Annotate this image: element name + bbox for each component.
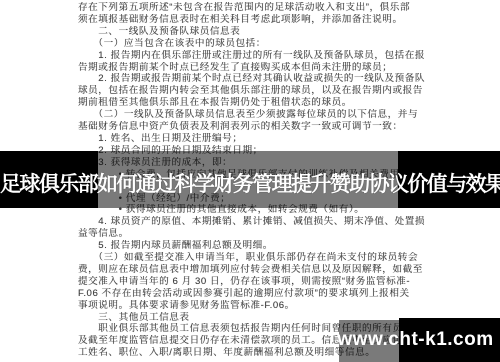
doc-line: 1. 报告期内在俱乐部注册或注册过的所有一线队及预备队球员，包括在报 — [78, 50, 426, 62]
doc-line: F.06 不存在由转会活动或因参赛引起的逾期应付款项”的要求填列上报相关 — [78, 288, 426, 300]
doc-line: 须在填报基础财务信息表时在相关科目考虑此项影响，并添加备注说明。 — [78, 14, 426, 26]
watermark: www.cht-k1.com — [339, 318, 500, 362]
doc-line: 1. 姓名、出生日期及注册编号； — [78, 133, 426, 145]
doc-line: 益等信息。 — [78, 228, 426, 240]
doc-line: 二、一线队及预备队球员信息表 — [78, 26, 426, 38]
doc-line: 4. 球员资产的原值、本期摊销、累计摊销、减值损失、期末净值、处置损 — [78, 216, 426, 228]
headline-title: 足球俱乐部如何通过科学财务管理提升赞助协议价值与效果 — [0, 172, 500, 197]
doc-line: 2. 报告期或报告期前某个时点已经对其确认收益或损失的一线队及预备队 — [78, 73, 426, 85]
doc-line: 费，则应在球员信息表中增加填列应付转会费相关信息以及原因解释，如截至 — [78, 264, 426, 276]
doc-line: 球员，包括在报告期内转会至其他俱乐部注册的球员，以及在报告期内或报告 — [78, 85, 426, 97]
watermark-url: www.cht-k1.com — [337, 329, 493, 351]
article-image: 存在下列第五项所述“未包含在报告范围内的足球活动收入和支出”，俱乐部须在填报基础… — [0, 0, 500, 362]
doc-line: 事项说明。具体要求请参见财务监管标准-F.06。 — [78, 300, 426, 312]
doc-line: 存在下列第五项所述“未包含在报告范围内的足球活动收入和支出”，俱乐部 — [78, 2, 426, 14]
doc-line: 基础财务信息中资产负债表及利润表列示的相关数字一致或可调节一致： — [78, 121, 426, 133]
doc-line: （三）如截至提交准入申请当年，职业俱乐部仍存在尚未支付的球员转会 — [78, 252, 426, 264]
doc-line: 提交准入申请当年的 6 月 30 日，仍存在该事项，则需按照“财务监管标准- — [78, 276, 426, 288]
doc-line: （一）应当包含在该表中的球员包括： — [78, 38, 426, 50]
doc-line: 期前租借至其他俱乐部且在本报告期仍处于租借状态的球员。 — [78, 97, 426, 109]
doc-line: 5. 报告期内球员薪酬福利总额及明细。 — [78, 240, 426, 252]
doc-line: 告期或报告期前某个时点已经发生了直接购买成本但尚未注册的球员； — [78, 62, 426, 74]
doc-line: （二）一线队及预备队球员信息表至少须披露每位球员的以下信息，并与 — [78, 109, 426, 121]
